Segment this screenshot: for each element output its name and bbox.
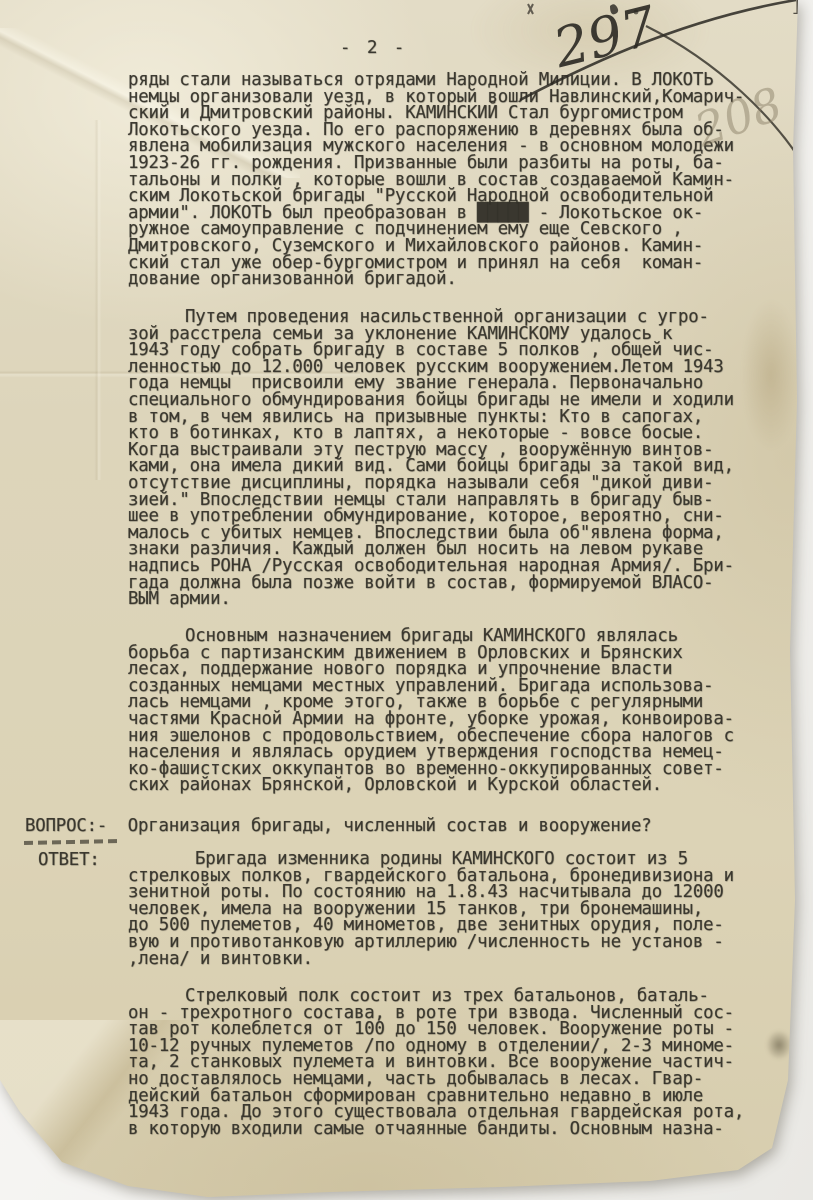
- corner-number-fragment: 16: [790, 0, 813, 20]
- answer-label: ОТВЕТ:: [38, 850, 100, 870]
- typewritten-line: ,лена/ и винтовки.: [128, 951, 808, 968]
- typewritten-line: надпись РОНА /Русская освободительная на…: [128, 558, 808, 575]
- page-number: - 2 -: [340, 38, 407, 58]
- body-paragraph-3: Основным назначением бригады КАМИНСКОГО …: [128, 628, 808, 794]
- typewritten-line: ВЫМ армии.: [128, 591, 808, 608]
- typewritten-line: дование организованной бригадой.: [128, 271, 808, 288]
- typewritten-line: ских районах Брянской, Орловской и Курск…: [128, 777, 808, 794]
- question-line: ВОПРОС:- Организация бригады, численный …: [25, 816, 652, 836]
- typewritten-line: в которую входили самые отчаянные бандит…: [128, 1121, 808, 1138]
- question-text: Организация бригады, численный состав и …: [128, 816, 652, 836]
- paper-crease: [86, 120, 108, 480]
- paper-sheet-wrap: - 2 - ряды стали называться отрядами Нар…: [0, 0, 813, 1200]
- body-paragraph-2: Путем проведения насильственной организа…: [128, 309, 808, 608]
- body-paragraph-5: Стрелковый полк состоит из трех батальон…: [128, 988, 808, 1137]
- answer-paragraph: Бригада изменника родины КАМИНСКОГО сост…: [128, 851, 808, 967]
- question-underline: [24, 839, 120, 845]
- body-paragraph-1: ряды стали называться отрядами Народной …: [128, 72, 808, 288]
- question-label: ВОПРОС:-: [25, 816, 107, 836]
- scanned-document-photo: - 2 - ряды стали называться отрядами Нар…: [0, 0, 813, 1200]
- paper-sheet: - 2 - ряды стали называться отрядами Нар…: [0, 0, 813, 1200]
- question-gap: [107, 816, 128, 836]
